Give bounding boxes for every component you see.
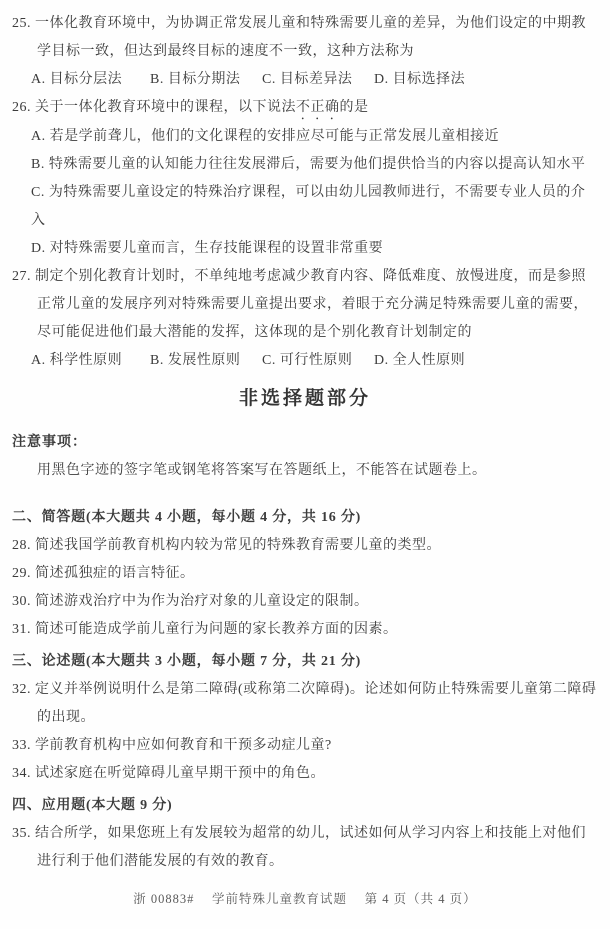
question-25: 25.一体化教育环境中，为协调正常发展儿童和特殊需要儿童的差异，为他们设定的中期…	[12, 10, 598, 66]
page-footer: 浙 00883# 学前特殊儿童教育试题 第 4 页（共 4 页）	[0, 885, 610, 913]
question-25-option-b: B. 目标分期法	[150, 66, 262, 94]
question-27-option-d: D. 全人性原则	[374, 347, 465, 375]
question-27-option-a: A. 科学性原则	[31, 347, 150, 375]
question-35: 35.结合所学，如果您班上有发展较为超常的幼儿，试述如何从学习内容上和技能上对他…	[12, 820, 598, 876]
question-31: 31.简述可能造成学前儿童行为问题的家长教养方面的因素。	[12, 616, 598, 644]
question-26-option-c: C. 为特殊需要儿童设定的特殊治疗课程，可以由幼儿园教师进行，不需要专业人员的介…	[31, 179, 598, 235]
section-heading-application: 四、应用题(本大题 9 分)	[12, 792, 598, 820]
question-26-stem-prefix: 关于一体化教育环境中的课程，以下说法	[35, 100, 296, 115]
question-26: 26.关于一体化教育环境中的课程，以下说法不正确的是	[12, 94, 598, 123]
question-27-option-c: C. 可行性原则	[262, 347, 374, 375]
question-26-option-b: B. 特殊需要儿童的认知能力往往发展滞后，需要为他们提供恰当的内容以提高认知水平	[31, 151, 598, 179]
question-34-text: 试述家庭在听觉障碍儿童早期干预中的角色。	[35, 766, 325, 781]
question-35-text: 结合所学，如果您班上有发展较为超常的幼儿，试述如何从学习内容上和技能上对他们进行…	[35, 826, 586, 869]
question-26-stem-suffix: 的是	[340, 100, 369, 115]
question-27-number: 27.	[12, 269, 35, 284]
question-32: 32.定义并举例说明什么是第二障碍(或称第二次障碍)。论述如何防止特殊需要儿童第…	[12, 676, 598, 732]
page-title: 非选择题部分	[0, 383, 610, 415]
notice-text: 用黑色字迹的签字笔或钢笔将答案写在答题纸上，不能答在试题卷上。	[37, 457, 598, 485]
question-30-text: 简述游戏治疗中为作为治疗对象的儿童设定的限制。	[35, 594, 369, 609]
question-25-stem: 一体化教育环境中，为协调正常发展儿童和特殊需要儿童的差异，为他们设定的中期教学目…	[35, 16, 586, 59]
exam-paper-page: 25.一体化教育环境中，为协调正常发展儿童和特殊需要儿童的差异，为他们设定的中期…	[0, 0, 610, 929]
question-27-stem: 制定个别化教育计划时，不单纯地考虑减少教育内容、降低难度、放慢进度，而是参照正常…	[35, 269, 588, 340]
question-27: 27.制定个别化教育计划时，不单纯地考虑减少教育内容、降低难度、放慢进度，而是参…	[12, 263, 598, 347]
question-25-option-a: A. 目标分层法	[31, 66, 150, 94]
question-32-number: 32.	[12, 682, 35, 697]
question-31-text: 简述可能造成学前儿童行为问题的家长教养方面的因素。	[35, 622, 398, 637]
question-26-stem-emphasis: 不正确	[296, 100, 340, 115]
question-25-options: A. 目标分层法B. 目标分期法C. 目标差异法D. 目标选择法	[31, 66, 610, 94]
question-26-option-d: D. 对特殊需要儿童而言，生存技能课程的设置非常重要	[31, 235, 598, 263]
question-33-text: 学前教育机构中应如何教育和干预多动症儿童?	[35, 738, 332, 753]
question-29: 29.简述孤独症的语言特征。	[12, 560, 598, 588]
question-34: 34.试述家庭在听觉障碍儿童早期干预中的角色。	[12, 760, 598, 788]
question-32-text: 定义并举例说明什么是第二障碍(或称第二次障碍)。论述如何防止特殊需要儿童第二障碍…	[35, 682, 596, 725]
notice-heading: 注意事项：	[12, 429, 598, 457]
section-heading-short-answer: 二、简答题(本大题共 4 小题，每小题 4 分，共 16 分)	[12, 504, 598, 532]
question-26-option-a: A. 若是学前聋儿，他们的文化课程的安排应尽可能与正常发展儿童相接近	[31, 123, 598, 151]
question-28-number: 28.	[12, 538, 35, 553]
question-27-options: A. 科学性原则B. 发展性原则C. 可行性原则D. 全人性原则	[31, 347, 610, 375]
section-heading-essay: 三、论述题(本大题共 3 小题，每小题 7 分，共 21 分)	[12, 648, 598, 676]
question-27-option-b: B. 发展性原则	[150, 347, 262, 375]
question-31-number: 31.	[12, 622, 35, 637]
question-29-text: 简述孤独症的语言特征。	[35, 566, 195, 581]
question-28-text: 简述我国学前教育机构内较为常见的特殊教育需要儿童的类型。	[35, 538, 441, 553]
question-25-number: 25.	[12, 16, 35, 31]
question-30-number: 30.	[12, 594, 35, 609]
question-29-number: 29.	[12, 566, 35, 581]
question-34-number: 34.	[12, 766, 35, 781]
question-33: 33.学前教育机构中应如何教育和干预多动症儿童?	[12, 732, 598, 760]
question-35-number: 35.	[12, 826, 35, 841]
question-30: 30.简述游戏治疗中为作为治疗对象的儿童设定的限制。	[12, 588, 598, 616]
question-33-number: 33.	[12, 738, 35, 753]
question-28: 28.简述我国学前教育机构内较为常见的特殊教育需要儿童的类型。	[12, 532, 598, 560]
question-26-number: 26.	[12, 100, 35, 115]
question-25-option-d: D. 目标选择法	[374, 66, 465, 94]
question-25-option-c: C. 目标差异法	[262, 66, 374, 94]
